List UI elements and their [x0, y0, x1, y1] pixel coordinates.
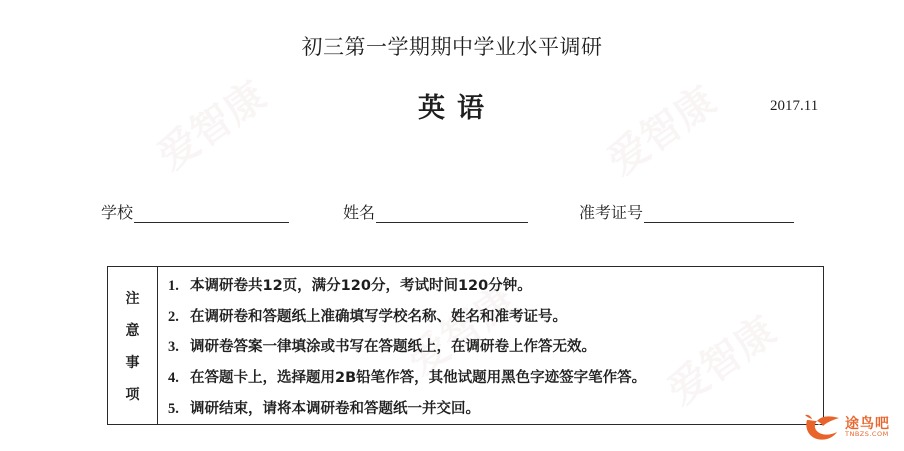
bird-logo-icon: [803, 412, 843, 442]
site-logo[interactable]: 途鸟吧 TNBZS.COM: [803, 412, 890, 442]
notice-item: 5.调研结束，请将本调研卷和答题纸一并交回。: [168, 399, 823, 419]
notice-label-char: 事: [126, 352, 140, 372]
name-field[interactable]: 姓名: [343, 200, 528, 223]
notice-item-number: 5.: [168, 399, 190, 419]
notice-item: 2.在调研卷和答题纸上准确填写学校名称、姓名和准考证号。: [168, 307, 823, 327]
exam-id-label: 准考证号: [579, 200, 643, 223]
school-field[interactable]: 学校: [101, 200, 289, 223]
notice-item-number: 2.: [168, 307, 190, 327]
notice-item-text: 调研结束，请将本调研卷和答题纸一并交回。: [190, 401, 480, 417]
logo-name-cn: 途鸟吧: [845, 417, 890, 431]
notice-item-text: 在调研卷和答题纸上准确填写学校名称、姓名和准考证号。: [190, 309, 567, 325]
notice-item-text: 本调研卷共12页，满分120分，考试时间120分钟。: [190, 278, 532, 294]
notice-item-text: 在答题卡上，选择题用2B铅笔作答，其他试题用黑色字迹签字笔作答。: [190, 370, 646, 386]
notice-item-number: 1.: [168, 276, 190, 296]
logo-text: 途鸟吧 TNBZS.COM: [845, 417, 890, 438]
notice-box: 注 意 事 项 1.本调研卷共12页，满分120分，考试时间120分钟。 2.在…: [107, 266, 824, 425]
notice-label-char: 注: [126, 288, 140, 308]
notice-label-char: 项: [126, 384, 140, 404]
notice-label: 注 意 事 项: [108, 267, 158, 424]
notice-item: 4.在答题卡上，选择题用2B铅笔作答，其他试题用黑色字迹签字笔作答。: [168, 368, 823, 388]
notice-item-number: 3.: [168, 337, 190, 357]
notice-item: 3.调研卷答案一律填涂或书写在答题纸上，在调研卷上作答无效。: [168, 337, 823, 357]
notice-label-char: 意: [126, 320, 140, 340]
school-input-line[interactable]: [134, 204, 289, 223]
name-input-line[interactable]: [376, 204, 528, 223]
exam-id-input-line[interactable]: [644, 204, 794, 223]
exam-date: 2017.11: [770, 98, 818, 115]
exam-id-field[interactable]: 准考证号: [579, 200, 794, 223]
school-label: 学校: [101, 200, 133, 223]
notice-item: 1.本调研卷共12页，满分120分，考试时间120分钟。: [168, 276, 823, 296]
notice-item-number: 4.: [168, 368, 190, 388]
notice-item-text: 调研卷答案一律填涂或书写在答题纸上，在调研卷上作答无效。: [190, 339, 596, 355]
name-label: 姓名: [343, 200, 375, 223]
exam-title: 初三第一学期期中学业水平调研: [0, 31, 904, 61]
logo-name-en: TNBZS.COM: [845, 431, 890, 438]
exam-subject: 英语: [0, 86, 904, 125]
notice-list: 1.本调研卷共12页，满分120分，考试时间120分钟。 2.在调研卷和答题纸上…: [158, 267, 823, 424]
